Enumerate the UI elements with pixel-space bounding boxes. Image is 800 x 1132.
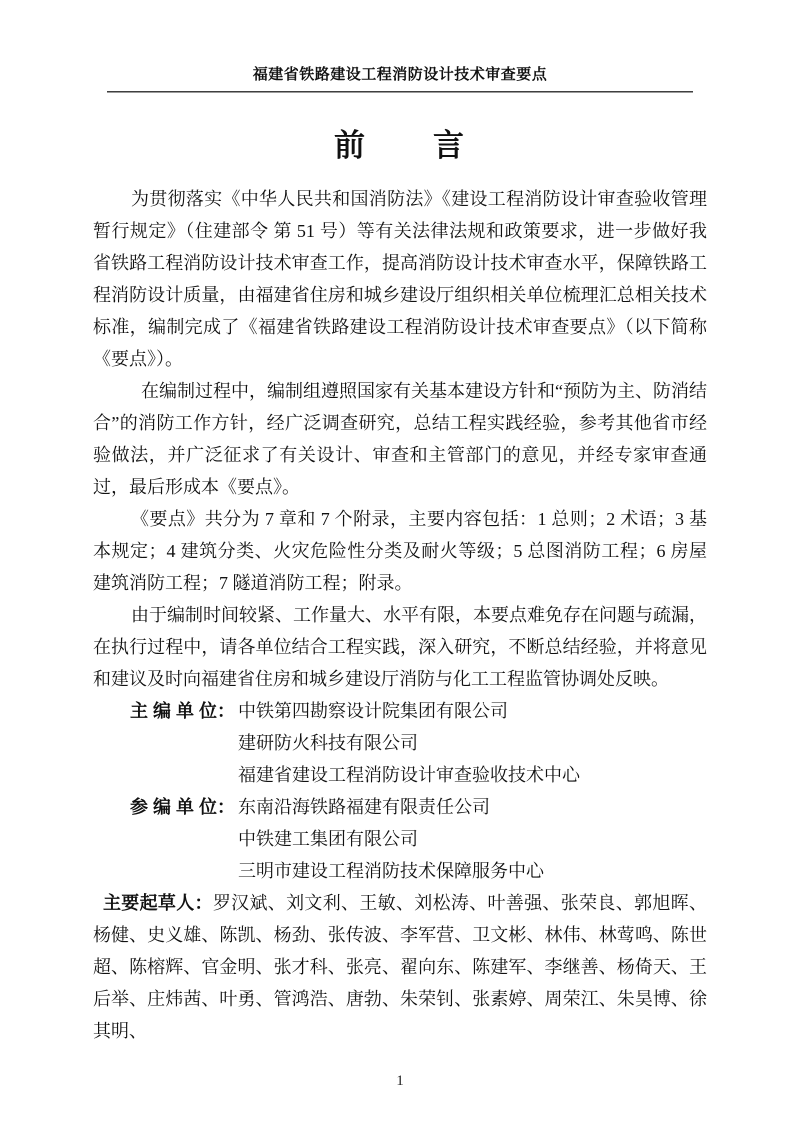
co-editors-label: 参 编 单 位： [130, 791, 238, 823]
paragraph-compilation-process: 在编制过程中，编制组遵照国家有关基本建设方针和“预防为主、防消结合”的消防工作方… [93, 375, 707, 503]
chief-editors-label: 主 编 单 位： [130, 695, 238, 727]
page-number: 1 [0, 1073, 800, 1090]
paragraph-intro: 为贯彻落实《中华人民共和国消防法》《建设工程消防设计审查验收管理暂行规定》（住建… [93, 183, 707, 375]
document-page: 福建省铁路建设工程消防设计技术审查要点 前 言 为贯彻落实《中华人民共和国消防法… [0, 0, 800, 1132]
co-editor-org: 东南沿海铁路福建有限责任公司 [238, 791, 707, 823]
chief-editor-org: 建研防火科技有限公司 [238, 727, 707, 759]
paragraph-feedback-note: 由于编制时间较紧、工作量大、水平有限，本要点难免存在问题与疏漏，在执行过程中，请… [93, 599, 707, 695]
drafters-paragraph: 主要起草人：罗汉斌、刘文利、王敏、刘松涛、叶善强、张荣良、郭旭晖、杨健、史义雄、… [93, 887, 707, 1047]
co-editor-org: 三明市建设工程消防技术保障服务中心 [238, 855, 707, 887]
chief-editors-row: 主 编 单 位： 中铁第四勘察设计院集团有限公司 建研防火科技有限公司 福建省建… [93, 695, 707, 791]
running-header-title: 福建省铁路建设工程消防设计技术审查要点 [107, 64, 693, 91]
co-editors-org-list: 东南沿海铁路福建有限责任公司 中铁建工集团有限公司 三明市建设工程消防技术保障服… [238, 791, 707, 887]
page-title: 前 言 [0, 126, 800, 166]
co-editor-org: 中铁建工集团有限公司 [238, 823, 707, 855]
drafters-names: 罗汉斌、刘文利、王敏、刘松涛、叶善强、张荣良、郭旭晖、杨健、史义雄、陈凯、杨劲、… [93, 893, 707, 1041]
chief-editors-org-list: 中铁第四勘察设计院集团有限公司 建研防火科技有限公司 福建省建设工程消防设计审查… [238, 695, 707, 791]
chief-editor-org: 福建省建设工程消防设计审查验收技术中心 [238, 759, 707, 791]
document-body: 为贯彻落实《中华人民共和国消防法》《建设工程消防设计审查验收管理暂行规定》（住建… [93, 183, 707, 1047]
drafters-label: 主要起草人： [103, 893, 213, 913]
page-header: 福建省铁路建设工程消防设计技术审查要点 [107, 0, 693, 93]
paragraph-contents-overview: 《要点》共分为 7 章和 7 个附录，主要内容包括：1 总则；2 术语；3 基本… [93, 503, 707, 599]
co-editors-row: 参 编 单 位： 东南沿海铁路福建有限责任公司 中铁建工集团有限公司 三明市建设… [93, 791, 707, 887]
header-rule-divider [107, 91, 693, 93]
chief-editor-org: 中铁第四勘察设计院集团有限公司 [238, 695, 707, 727]
